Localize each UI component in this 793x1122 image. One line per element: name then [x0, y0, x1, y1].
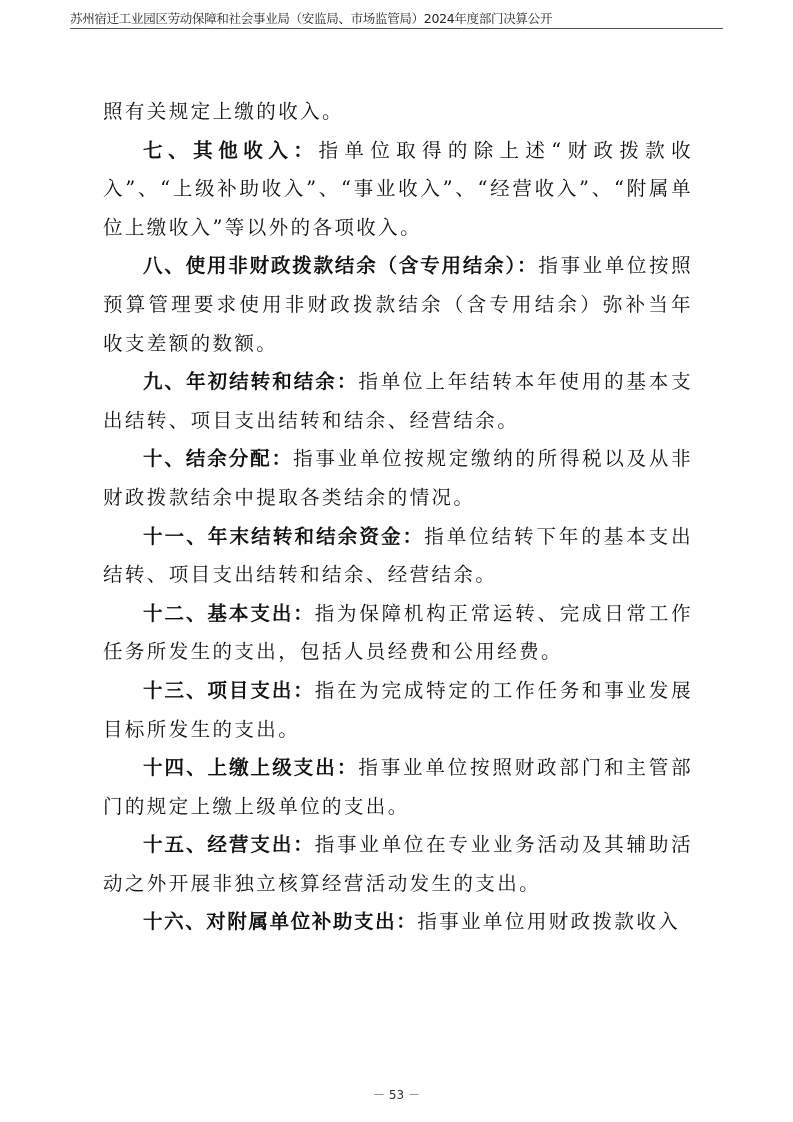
- definition-operating-expenditure: 十五、经营支出：指事业单位在专业业务活动及其辅助活动之外开展非独立核算经营活动发…: [103, 826, 693, 903]
- definition-closing-carryover: 十一、年末结转和结余资金：指单位结转下年的基本支出结转、项目支出结转和结余、经营…: [103, 518, 693, 595]
- definition-heading: 十一、年末结转和结余资金：: [143, 525, 424, 548]
- definition-remittance-to-superior: 十四、上缴上级支出：指事业单位按照财政部门和主管部门的规定上缴上级单位的支出。: [103, 749, 693, 826]
- paragraph-text: 照有关规定上缴的收入。: [103, 100, 344, 123]
- definition-heading: 八、使用非财政拨款结余（含专用结余）：: [143, 254, 538, 277]
- header-divider: [70, 28, 723, 29]
- definition-text: 指事业单位用财政拨款收入: [417, 910, 680, 933]
- definition-other-income: 七、其他收入：指单位取得的除上述“财政拨款收入”、“上级补助收入”、“事业收入”…: [103, 132, 693, 248]
- definition-heading: 十六、对附属单位补助支出：: [143, 910, 417, 933]
- definition-non-fiscal-surplus: 八、使用非财政拨款结余（含专用结余）：指事业单位按照预算管理要求使用非财政拨款结…: [103, 247, 693, 363]
- definition-heading: 九、年初结转和结余：: [143, 370, 358, 393]
- definition-subsidiary-subsidy: 十六、对附属单位补助支出：指事业单位用财政拨款收入: [103, 903, 693, 942]
- page-number: － 53 －: [0, 1086, 793, 1103]
- definition-heading: 七、其他收入：: [143, 139, 318, 162]
- definition-heading: 十、结余分配：: [143, 447, 293, 470]
- definition-heading: 十三、项目支出：: [143, 679, 315, 702]
- definition-heading: 十五、经营支出：: [143, 833, 315, 856]
- definition-surplus-distribution: 十、结余分配：指事业单位按规定缴纳的所得税以及从非财政拨款结余中提取各类结余的情…: [103, 440, 693, 517]
- paragraph-continuation: 照有关规定上缴的收入。: [103, 93, 693, 132]
- definition-project-expenditure: 十三、项目支出：指在为完成特定的工作任务和事业发展目标所发生的支出。: [103, 672, 693, 749]
- definition-heading: 十二、基本支出：: [143, 602, 315, 625]
- definition-basic-expenditure: 十二、基本支出：指为保障机构正常运转、完成日常工作任务所发生的支出，包括人员经费…: [103, 595, 693, 672]
- document-body: 照有关规定上缴的收入。 七、其他收入：指单位取得的除上述“财政拨款收入”、“上级…: [103, 93, 693, 942]
- page-header-title: 苏州宿迁工业园区劳动保障和社会事业局（安监局、市场监管局）2024年度部门决算公…: [70, 10, 723, 28]
- definition-heading: 十四、上缴上级支出：: [143, 756, 358, 779]
- definition-opening-carryover: 九、年初结转和结余：指单位上年结转本年使用的基本支出结转、项目支出结转和结余、经…: [103, 363, 693, 440]
